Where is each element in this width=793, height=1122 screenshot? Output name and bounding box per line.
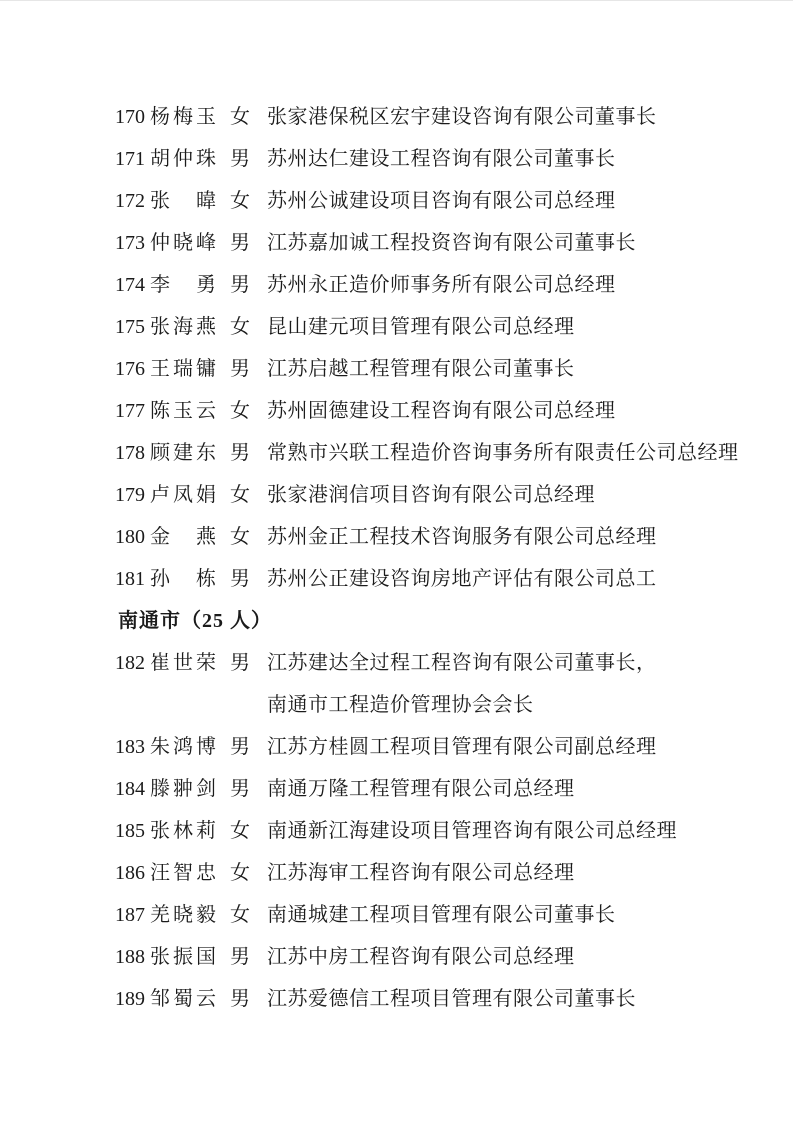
person-name: 胡仲珠 (150, 138, 216, 180)
gender-label: 男 (230, 558, 252, 600)
row-number: 178 (115, 432, 150, 474)
roster-row: 176 王瑞镛 男 江苏启越工程管理有限公司董事长 (0, 348, 793, 390)
city-section-header: 南通市（25 人） (118, 600, 793, 642)
roster-row: 171 胡仲珠 男 苏州达仁建设工程咨询有限公司董事长 (0, 138, 793, 180)
gender-label: 女 (230, 306, 252, 348)
position-description-line: 南通新江海建设项目管理咨询有限公司总经理 (267, 810, 677, 852)
position-description: 江苏嘉加诚工程投资咨询有限公司董事长 (267, 222, 636, 264)
position-description: 南通新江海建设项目管理咨询有限公司总经理 (267, 810, 677, 852)
row-number: 184 (115, 768, 150, 810)
roster-row: 177 陈玉云 女 苏州固德建设工程咨询有限公司总经理 (0, 390, 793, 432)
row-number: 172 (115, 180, 150, 222)
position-description-line: 江苏建达全过程工程咨询有限公司董事长， (267, 642, 657, 684)
position-description: 张家港润信项目咨询有限公司总经理 (267, 474, 595, 516)
position-description-line: 苏州公诚建设项目咨询有限公司总经理 (267, 180, 616, 222)
position-description: 苏州金正工程技术咨询服务有限公司总经理 (267, 516, 657, 558)
roster-row: 175 张海燕 女 昆山建元项目管理有限公司总经理 (0, 306, 793, 348)
person-name: 王瑞镛 (150, 348, 216, 390)
position-description-line: 苏州公正建设咨询房地产评估有限公司总工 (267, 558, 657, 600)
position-description-line: 南通市工程造价管理协会会长 (267, 684, 657, 726)
position-description: 江苏建达全过程工程咨询有限公司董事长，南通市工程造价管理协会会长 (267, 642, 657, 726)
roster-row: 184 滕翀剑 男 南通万隆工程管理有限公司总经理 (0, 768, 793, 810)
gender-label: 女 (230, 474, 252, 516)
position-description: 苏州公正建设咨询房地产评估有限公司总工 (267, 558, 657, 600)
gender-label: 女 (230, 180, 252, 222)
person-name: 张海燕 (150, 306, 216, 348)
gender-label: 男 (230, 264, 252, 306)
position-description-line: 江苏方桂圆工程项目管理有限公司副总经理 (267, 726, 657, 768)
gender-label: 男 (230, 348, 252, 390)
position-description: 张家港保税区宏宇建设咨询有限公司董事长 (267, 96, 657, 138)
position-description-line: 南通城建工程项目管理有限公司董事长 (267, 894, 616, 936)
gender-label: 男 (230, 936, 252, 978)
position-description-line: 苏州永正造价师事务所有限公司总经理 (267, 264, 616, 306)
roster-row: 170 杨梅玉 女 张家港保税区宏宇建设咨询有限公司董事长 (0, 96, 793, 138)
gender-label: 女 (230, 96, 252, 138)
position-description: 江苏海审工程咨询有限公司总经理 (267, 852, 575, 894)
row-number: 185 (115, 810, 150, 852)
person-name: 金燕 (150, 516, 216, 558)
roster-row: 178 顾建东 男 常熟市兴联工程造价咨询事务所有限责任公司总经理 (0, 432, 793, 474)
position-description-line: 苏州金正工程技术咨询服务有限公司总经理 (267, 516, 657, 558)
gender-label: 男 (230, 726, 252, 768)
gender-label: 男 (230, 768, 252, 810)
person-name: 顾建东 (150, 432, 216, 474)
row-number: 179 (115, 474, 150, 516)
position-description-line: 江苏中房工程咨询有限公司总经理 (267, 936, 575, 978)
person-name: 杨梅玉 (150, 96, 216, 138)
person-name: 崔世荣 (150, 642, 216, 684)
row-number: 173 (115, 222, 150, 264)
position-description: 江苏方桂圆工程项目管理有限公司副总经理 (267, 726, 657, 768)
gender-label: 女 (230, 390, 252, 432)
person-name: 张振国 (150, 936, 216, 978)
position-description-line: 苏州固德建设工程咨询有限公司总经理 (267, 390, 616, 432)
roster-row: 173 仲晓峰 男 江苏嘉加诚工程投资咨询有限公司董事长 (0, 222, 793, 264)
roster-row: 181 孙栋 男 苏州公正建设咨询房地产评估有限公司总工 (0, 558, 793, 600)
row-number: 177 (115, 390, 150, 432)
gender-label: 女 (230, 516, 252, 558)
position-description: 苏州永正造价师事务所有限公司总经理 (267, 264, 616, 306)
position-description-line: 昆山建元项目管理有限公司总经理 (267, 306, 575, 348)
person-name: 卢凤娟 (150, 474, 216, 516)
position-description: 苏州达仁建设工程咨询有限公司董事长 (267, 138, 616, 180)
position-description-line: 江苏爱德信工程项目管理有限公司董事长 (267, 978, 636, 1020)
roster-row: 179 卢凤娟 女 张家港润信项目咨询有限公司总经理 (0, 474, 793, 516)
position-description: 南通万隆工程管理有限公司总经理 (267, 768, 575, 810)
position-description: 常熟市兴联工程造价咨询事务所有限责任公司总经理 (267, 432, 739, 474)
person-name: 仲晓峰 (150, 222, 216, 264)
position-description-line: 张家港润信项目咨询有限公司总经理 (267, 474, 595, 516)
position-description: 苏州固德建设工程咨询有限公司总经理 (267, 390, 616, 432)
person-name: 李勇 (150, 264, 216, 306)
gender-label: 男 (230, 222, 252, 264)
roster-row: 185 张林莉 女 南通新江海建设项目管理咨询有限公司总经理 (0, 810, 793, 852)
person-name: 张暐 (150, 180, 216, 222)
row-number: 189 (115, 978, 150, 1020)
row-number: 187 (115, 894, 150, 936)
roster-row: 189 邹蜀云 男 江苏爱德信工程项目管理有限公司董事长 (0, 978, 793, 1020)
position-description-line: 南通万隆工程管理有限公司总经理 (267, 768, 575, 810)
row-number: 183 (115, 726, 150, 768)
row-number: 171 (115, 138, 150, 180)
row-number: 188 (115, 936, 150, 978)
position-description: 苏州公诚建设项目咨询有限公司总经理 (267, 180, 616, 222)
roster-row: 186 汪智忠 女 江苏海审工程咨询有限公司总经理 (0, 852, 793, 894)
gender-label: 男 (230, 138, 252, 180)
roster-row: 180 金燕 女 苏州金正工程技术咨询服务有限公司总经理 (0, 516, 793, 558)
row-number: 176 (115, 348, 150, 390)
gender-label: 男 (230, 978, 252, 1020)
person-name: 陈玉云 (150, 390, 216, 432)
roster-row: 183 朱鸿博 男 江苏方桂圆工程项目管理有限公司副总经理 (0, 726, 793, 768)
roster-row: 182 崔世荣 男 江苏建达全过程工程咨询有限公司董事长，南通市工程造价管理协会… (0, 642, 793, 726)
roster-row: 188 张振国 男 江苏中房工程咨询有限公司总经理 (0, 936, 793, 978)
row-number: 186 (115, 852, 150, 894)
gender-label: 男 (230, 642, 252, 684)
position-description-line: 江苏海审工程咨询有限公司总经理 (267, 852, 575, 894)
position-description: 江苏启越工程管理有限公司董事长 (267, 348, 575, 390)
person-name: 汪智忠 (150, 852, 216, 894)
position-description: 昆山建元项目管理有限公司总经理 (267, 306, 575, 348)
gender-label: 女 (230, 894, 252, 936)
person-name: 朱鸿博 (150, 726, 216, 768)
person-name: 张林莉 (150, 810, 216, 852)
row-number: 182 (115, 642, 150, 684)
position-description-line: 张家港保税区宏宇建设咨询有限公司董事长 (267, 96, 657, 138)
position-description-line: 苏州达仁建设工程咨询有限公司董事长 (267, 138, 616, 180)
person-name: 羌晓毅 (150, 894, 216, 936)
roster-row: 172 张暐 女 苏州公诚建设项目咨询有限公司总经理 (0, 180, 793, 222)
row-number: 180 (115, 516, 150, 558)
position-description: 江苏中房工程咨询有限公司总经理 (267, 936, 575, 978)
row-number: 170 (115, 96, 150, 138)
person-name: 孙栋 (150, 558, 216, 600)
row-number: 181 (115, 558, 150, 600)
gender-label: 男 (230, 432, 252, 474)
roster-row: 187 羌晓毅 女 南通城建工程项目管理有限公司董事长 (0, 894, 793, 936)
document-page: 170 杨梅玉 女 张家港保税区宏宇建设咨询有限公司董事长 171 胡仲珠 男 … (0, 0, 793, 1122)
roster-list: 170 杨梅玉 女 张家港保税区宏宇建设咨询有限公司董事长 171 胡仲珠 男 … (0, 1, 793, 1020)
position-description-line: 江苏启越工程管理有限公司董事长 (267, 348, 575, 390)
roster-row: 174 李勇 男 苏州永正造价师事务所有限公司总经理 (0, 264, 793, 306)
gender-label: 女 (230, 852, 252, 894)
position-description-line: 常熟市兴联工程造价咨询事务所有限责任公司总经理 (267, 432, 739, 474)
gender-label: 女 (230, 810, 252, 852)
position-description: 江苏爱德信工程项目管理有限公司董事长 (267, 978, 636, 1020)
person-name: 邹蜀云 (150, 978, 216, 1020)
row-number: 175 (115, 306, 150, 348)
person-name: 滕翀剑 (150, 768, 216, 810)
position-description: 南通城建工程项目管理有限公司董事长 (267, 894, 616, 936)
row-number: 174 (115, 264, 150, 306)
position-description-line: 江苏嘉加诚工程投资咨询有限公司董事长 (267, 222, 636, 264)
